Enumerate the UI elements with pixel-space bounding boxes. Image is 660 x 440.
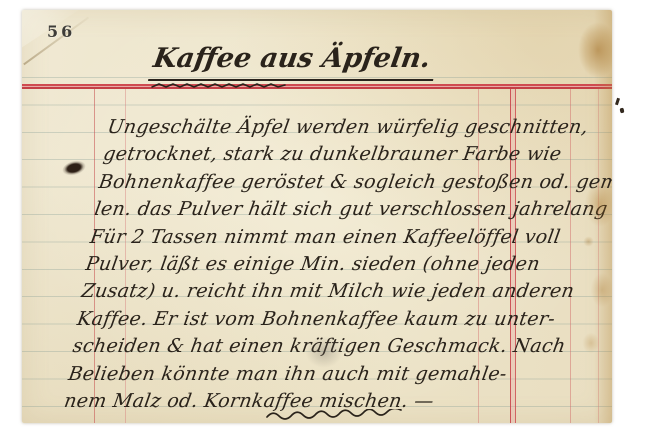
manuscript-line: getrocknet, stark zu dunkelbrauner Farbe… — [101, 141, 612, 168]
scanned-manuscript-page: 56 Kaffee aus Äpfeln. Ungeschälte Äpfel … — [0, 0, 660, 440]
edge-stain — [578, 22, 612, 78]
facing-page-ink-speck — [615, 98, 620, 106]
facing-page-ink-speck — [620, 108, 625, 114]
red-header-rule — [22, 84, 612, 89]
paper-sheet: 56 Kaffee aus Äpfeln. Ungeschälte Äpfel … — [22, 10, 612, 423]
manuscript-line: Für 2 Tassen nimmt man einen Kaffeelöffe… — [88, 224, 612, 251]
manuscript-line: Bohnenkaffee geröstet & sogleich gestoße… — [97, 169, 612, 196]
manuscript-line: Ungeschälte Äpfel werden würfelig geschn… — [105, 114, 612, 141]
page-number: 56 — [47, 22, 75, 41]
edge-stain — [584, 180, 612, 228]
recipe-title: Kaffee aus Äpfeln. — [148, 42, 439, 81]
gray-smudge — [298, 330, 350, 374]
closing-wavy-flourish-icon — [265, 409, 405, 421]
manuscript-line: Zusatz) u. reicht ihn mit Milch wie jede… — [79, 278, 612, 305]
manuscript-line: Kaffee. Er ist vom Bohnenkaffee kaum zu … — [75, 306, 612, 333]
manuscript-line: len. das Pulver hält sich gut verschloss… — [92, 196, 612, 223]
edge-stain — [590, 272, 612, 308]
edge-stain — [582, 332, 600, 354]
title-zigzag-flourish-icon — [150, 82, 290, 90]
manuscript-line: Pulver, läßt es einige Min. sieden (ohne… — [84, 251, 612, 278]
edge-stain — [583, 236, 594, 247]
